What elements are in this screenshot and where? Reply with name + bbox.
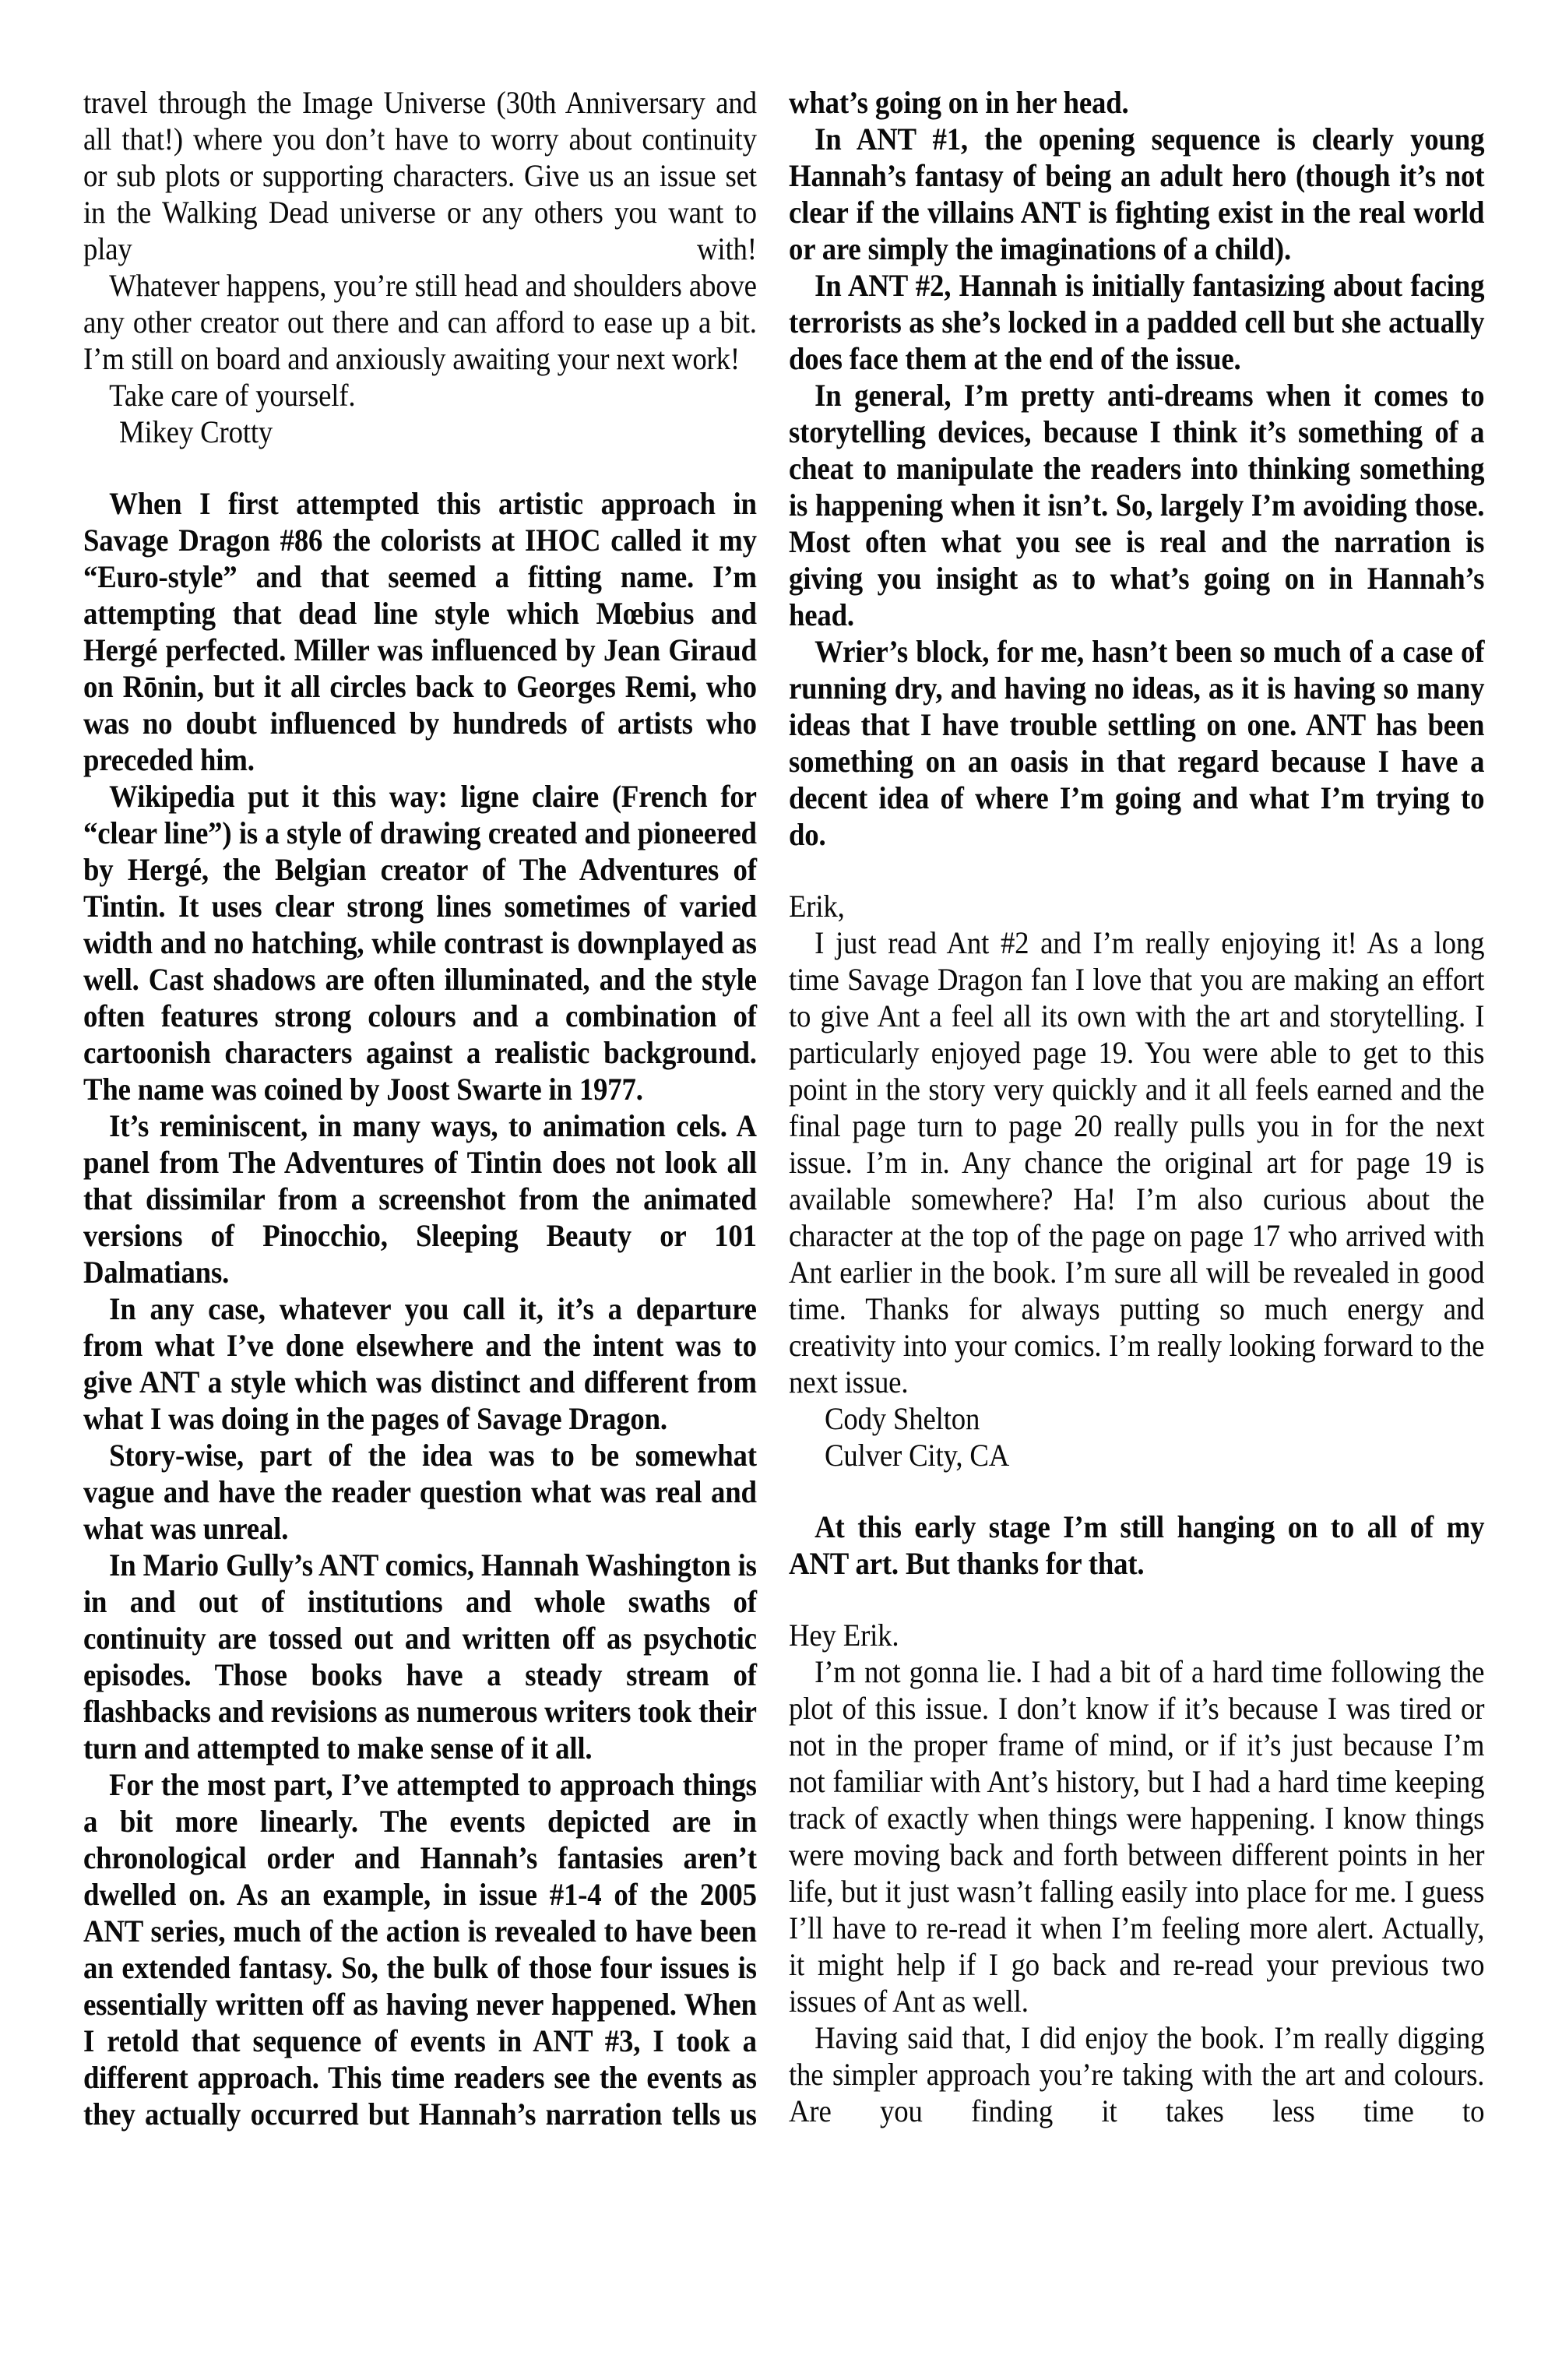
editor-response-paragraph: In ANT #2, Hannah is initially fantasizi… (789, 267, 1484, 377)
letter-salutation: Hey Erik. (789, 1617, 1484, 1653)
letter-paragraph: Whatever happens, you’re still head and … (83, 267, 757, 377)
editor-response-paragraph: In general, I’m pretty anti-dreams when … (789, 377, 1484, 633)
letters-page: travel through the Image Universe (30th … (0, 0, 1548, 2380)
letter-signature: Cody Shelton (789, 1400, 1484, 1437)
letter-paragraph: I’m not gonna lie. I had a bit of a hard… (789, 1653, 1484, 2019)
editor-response-paragraph: what’s going on in her head. (789, 84, 1484, 121)
editor-response-paragraph: It’s reminiscent, in many ways, to anima… (83, 1107, 757, 1290)
letter-paragraph: travel through the Image Universe (30th … (83, 84, 757, 267)
editor-response-paragraph: For the most part, I’ve attempted to app… (83, 1766, 757, 2132)
letter-signature: Mikey Crotty (83, 414, 757, 450)
editor-response-paragraph: In any case, whatever you call it, it’s … (83, 1290, 757, 1437)
editor-response-paragraph: In ANT #1, the opening sequence is clear… (789, 121, 1484, 267)
editor-response-paragraph: When I first attempted this artistic app… (83, 485, 757, 778)
left-text-column: travel through the Image Universe (30th … (83, 84, 757, 2132)
editor-response-paragraph: At this early stage I’m still hanging on… (789, 1509, 1484, 1582)
letter-signature-location: Culver City, CA (789, 1437, 1484, 1473)
editor-response-paragraph: Wrier’s block, for me, hasn’t been so mu… (789, 633, 1484, 853)
letter-closing: Take care of yourself. (83, 377, 757, 414)
letter-paragraph: I just read Ant #2 and I’m really enjoyi… (789, 924, 1484, 1400)
letter-salutation: Erik, (789, 888, 1484, 924)
right-text-column: what’s going on in her head. In ANT #1, … (789, 84, 1484, 2129)
editor-response-paragraph: Story-wise, part of the idea was to be s… (83, 1437, 757, 1547)
editor-response-paragraph: Wikipedia put it this way: ligne claire … (83, 778, 757, 1107)
letter-paragraph: Having said that, I did enjoy the book. … (789, 2019, 1484, 2129)
editor-response-paragraph: In Mario Gully’s ANT comics, Hannah Wash… (83, 1547, 757, 1766)
